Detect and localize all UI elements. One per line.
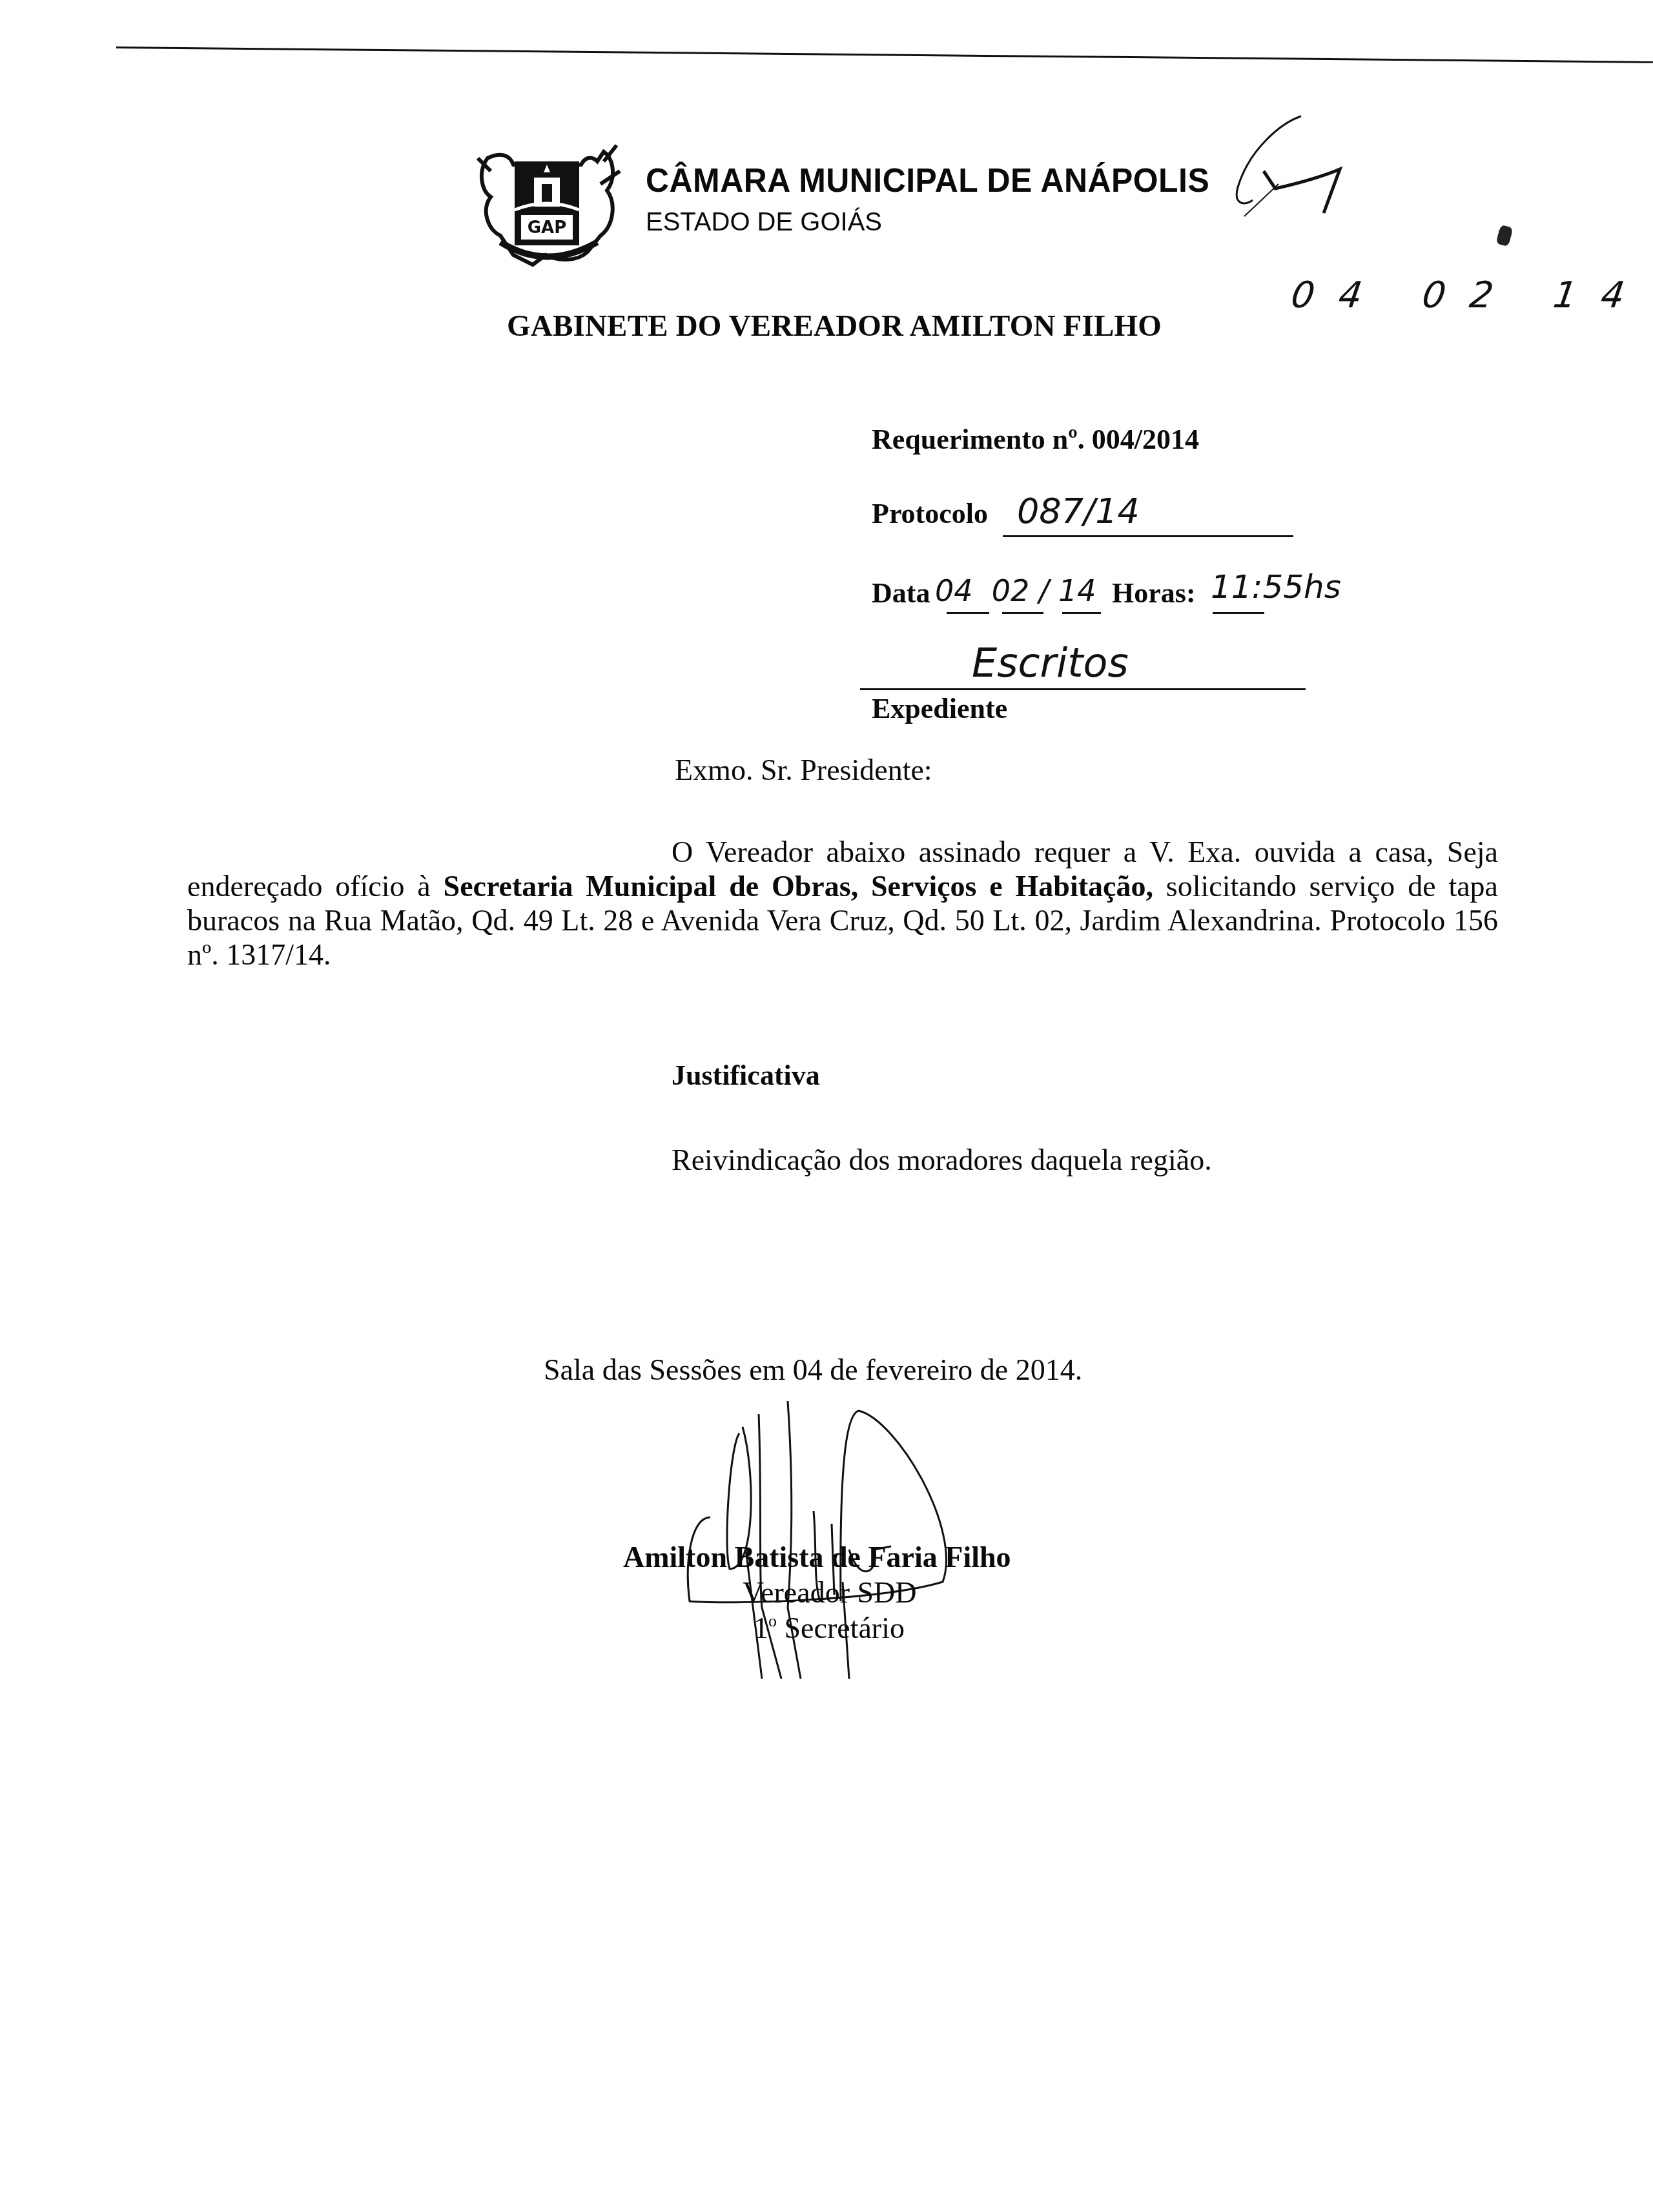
signer-name: Amilton Batista de Faria Filho [623,1540,1011,1574]
hours-handwritten-value: 11:55hs [1211,568,1341,606]
office-title: GABINETE DO VEREADOR AMILTON FILHO [507,309,1162,343]
municipal-coat-of-arms-icon: GAP [475,132,623,271]
date-year: 14 [1058,573,1096,608]
institution-name: CÂMARA MUNICIPAL DE ANÁPOLIS [646,161,1209,200]
justification-text: Reivindicação dos moradores daquela regi… [672,1143,1212,1177]
date-month: 02 [992,573,1030,608]
protocol-label: Protocolo [872,497,988,530]
handwritten-receipt-date: 04 02 14 [1288,274,1652,316]
scan-edge-line [116,46,1653,63]
institution-state: ESTADO DE GOIÁS [646,208,882,237]
date-handwritten-value: 04 02 / 14 [935,573,1096,608]
date-underline-month [1002,612,1043,614]
paragraph-secretariat: Secretaria Municipal de Obras, Serviços … [444,870,1153,903]
expediente-handwritten-signature: Escritos [972,639,1129,686]
expediente-signature-line [860,688,1306,690]
signer-office-ordinal: o [768,1612,777,1630]
date-label: Data [872,577,930,609]
signer-office: 1o Secretário [754,1611,905,1645]
hours-label: Horas: [1112,577,1196,609]
protocol-handwritten-value: 087/14 [1017,491,1140,531]
hours-underline [1213,612,1264,614]
signer-office-number: 1 [754,1612,768,1644]
request-paragraph: O Vereador abaixo assinado requer a V. E… [187,835,1498,972]
expediente-label: Expediente [872,692,1007,725]
date-day: 04 [935,573,973,608]
date-underline-year [1062,612,1101,614]
signer-role: Vereador SDD [743,1575,917,1610]
date-underline-day [947,612,989,614]
salutation: Exmo. Sr. Presidente: [675,755,932,785]
ink-speck [1495,225,1513,247]
handwritten-initials-mark [1230,110,1372,226]
request-number: Requerimento nº. 004/2014 [872,423,1199,456]
signer-office-title: Secretário [777,1612,905,1644]
protocol-underline [1003,535,1293,537]
justification-title: Justificativa [672,1059,820,1092]
svg-text:GAP: GAP [528,218,567,238]
